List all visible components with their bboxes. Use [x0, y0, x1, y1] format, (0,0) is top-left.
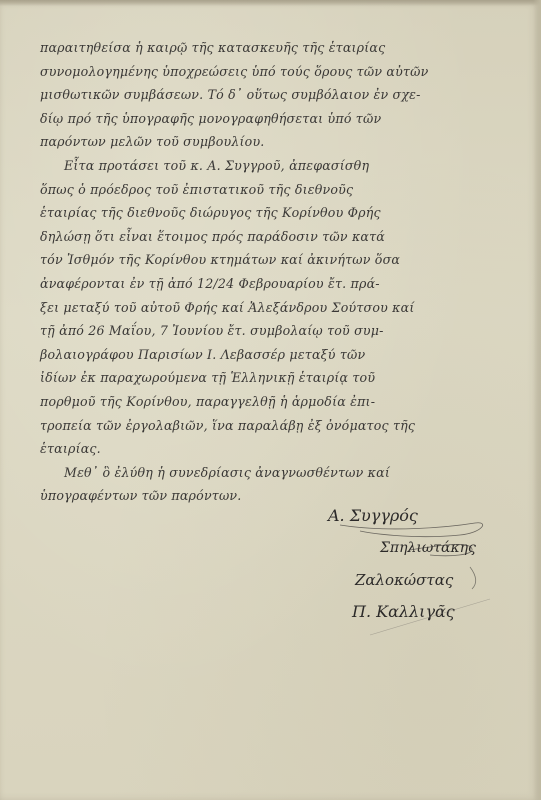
text-line: δηλώσῃ ὅτι εἶναι ἕτοιμος πρός παράδοσιν … — [36, 225, 486, 249]
handwritten-body: παραιτηθείσα ἡ καιρῷ τῆς κατασκευῆς τῆς … — [36, 36, 486, 508]
signature: Ζαλοκώστας — [300, 564, 510, 596]
text-line: μισθωτικῶν συμβάσεων. Τό δ᾽ οὕτως συμβόλ… — [36, 83, 486, 107]
text-line: ξει μεταξύ τοῦ αὐτοῦ Φρής καί Ἀλεξάνδρου… — [36, 296, 486, 320]
text-line: παραιτηθείσα ἡ καιρῷ τῆς κατασκευῆς τῆς … — [36, 36, 486, 60]
text-line: δίῳ πρό τῆς ὑπογραφῆς μονογραφηθήσεται ὑ… — [36, 107, 486, 131]
text-line: ἑταιρίας τῆς διεθνοῦς διώρυγος τῆς Κορίν… — [36, 201, 486, 225]
paragraph-start-line: Μεθ᾽ ὃ ἐλύθη ἡ συνεδρίασις ἀναγνωσθέντων… — [36, 461, 486, 485]
text-line: παρόντων μελῶν τοῦ συμβουλίου. — [36, 130, 486, 154]
paper-right-edge — [533, 0, 541, 800]
signature-block: Α. Συγγρός Σπηλιωτάκης Ζαλοκώστας Π. Καλ… — [300, 500, 510, 628]
signature: Α. Συγγρός — [300, 500, 510, 532]
text-line: ὅπως ὁ πρόεδρος τοῦ ἐπιστατικοῦ τῆς διεθ… — [36, 178, 486, 202]
text-line: ἰδίων ἐκ παραχωρούμενα τῇ Ἑλληνικῇ ἑταιρ… — [36, 366, 486, 390]
paper-top-edge — [0, 0, 541, 6]
text-line: τῇ ἀπό 26 Μαΐου, 7 Ἰουνίου ἔτ. συμβολαίῳ… — [36, 319, 486, 343]
text-line: ἀναφέρονται ἐν τῇ ἀπό 12/24 Φεβρουαρίου … — [36, 272, 486, 296]
signature: Π. Καλλιγᾶς — [300, 596, 510, 628]
text-line: τροπεία τῶν ἐργολαβιῶν, ἵνα παραλάβῃ ἐξ … — [36, 414, 486, 438]
text-line: τόν Ἰσθμόν τῆς Κορίνθου κτημάτων καί ἀκι… — [36, 248, 486, 272]
signature: Σπηλιωτάκης — [300, 532, 510, 564]
text-line: συνομολογημένης ὑποχρεώσεις ὑπό τούς ὅρο… — [36, 60, 486, 84]
text-line: πορθμοῦ τῆς Κορίνθου, παραγγελθῇ ἡ ἁρμοδ… — [36, 390, 486, 414]
paragraph-start-line: Εἶτα προτάσει τοῦ κ. Α. Συγγροῦ, ἀπεφασί… — [36, 154, 486, 178]
text-line: βολαιογράφου Παρισίων Ι. Λεβασσέρ μεταξύ… — [36, 343, 486, 367]
document-page: παραιτηθείσα ἡ καιρῷ τῆς κατασκευῆς τῆς … — [0, 0, 541, 800]
text-line: ἑταιρίας. — [36, 437, 486, 461]
